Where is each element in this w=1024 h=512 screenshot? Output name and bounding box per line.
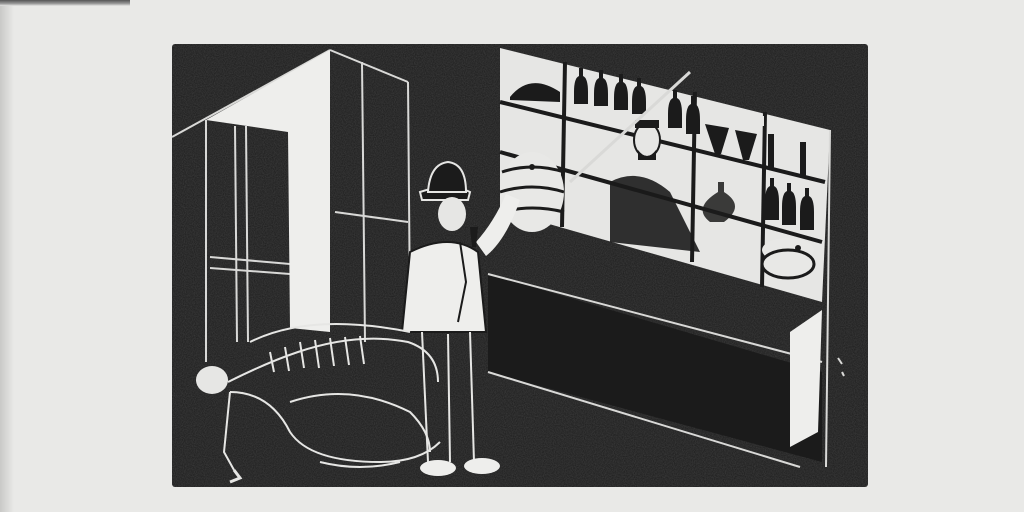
woodcut-print [170, 42, 870, 489]
page-top-shadow [0, 0, 130, 6]
small-barrel [762, 238, 814, 278]
page-edge-shadow [0, 0, 14, 512]
woodcut-illustration [170, 42, 870, 489]
